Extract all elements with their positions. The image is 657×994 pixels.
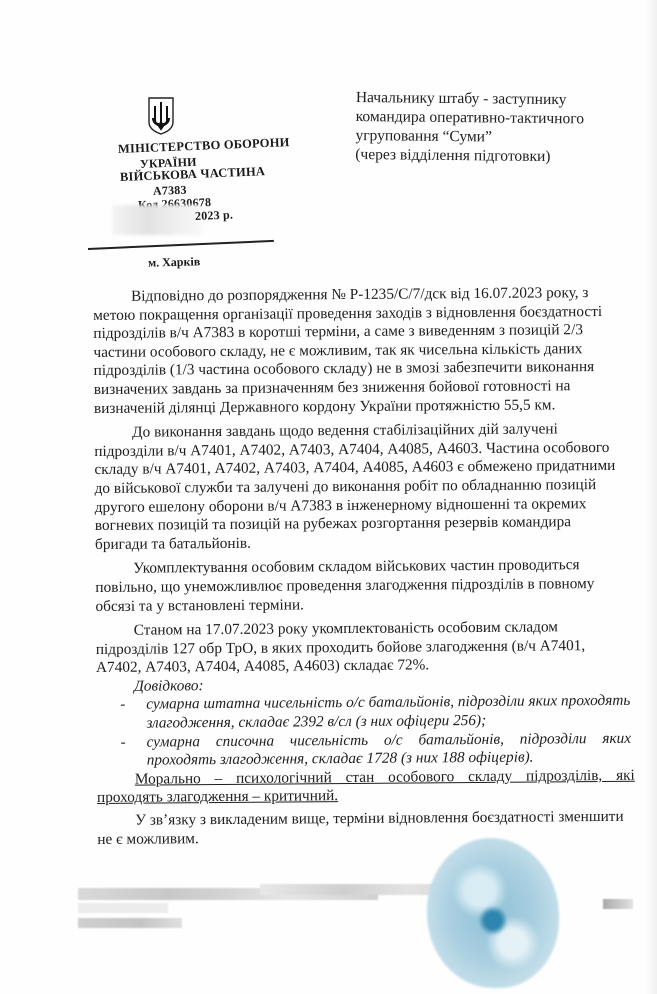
redacted-signatory-name <box>78 918 182 928</box>
document-page: МІНІСТЕРСТВО ОБОРОНИ УКРАЇНИ ВІЙСЬКОВА Ч… <box>0 0 657 994</box>
addressee-line: Начальнику штабу - заступнику <box>356 88 584 109</box>
redacted-signatory-name <box>603 899 633 909</box>
tryzub-coat-of-arms-icon <box>147 96 175 136</box>
addressee-line: (через відділення підготовки) <box>355 145 583 166</box>
redacted-official-stamp <box>427 838 559 988</box>
bullet-marker: - <box>120 696 146 715</box>
addressee-block: Начальнику штабу - заступнику командира … <box>355 88 584 166</box>
addressee-line: угруповання “Суми” <box>355 126 583 147</box>
ministry-name: МІНІСТЕРСТВО ОБОРОНИ <box>118 135 290 157</box>
body-line: не є можливим. <box>97 826 637 849</box>
document-date-year: 2023 р. <box>195 207 234 224</box>
redacted-signatory-rank <box>78 903 168 913</box>
header-divider <box>88 240 274 250</box>
redacted-outgoing-number <box>112 205 202 235</box>
bullet-text: сумарна списочна чисельність о/с батальй… <box>146 729 631 751</box>
letter-body: Відповідно до розпорядження № Р-1235/С/7… <box>93 284 637 849</box>
bullet-text: сумарна штатна чисельність о/с батальйон… <box>146 692 630 714</box>
addressee-line: командира оперативно-тактичного <box>356 107 584 128</box>
paper-edge <box>645 0 657 994</box>
city-label: м. Харків <box>148 254 201 270</box>
bullet-marker: - <box>120 733 146 752</box>
